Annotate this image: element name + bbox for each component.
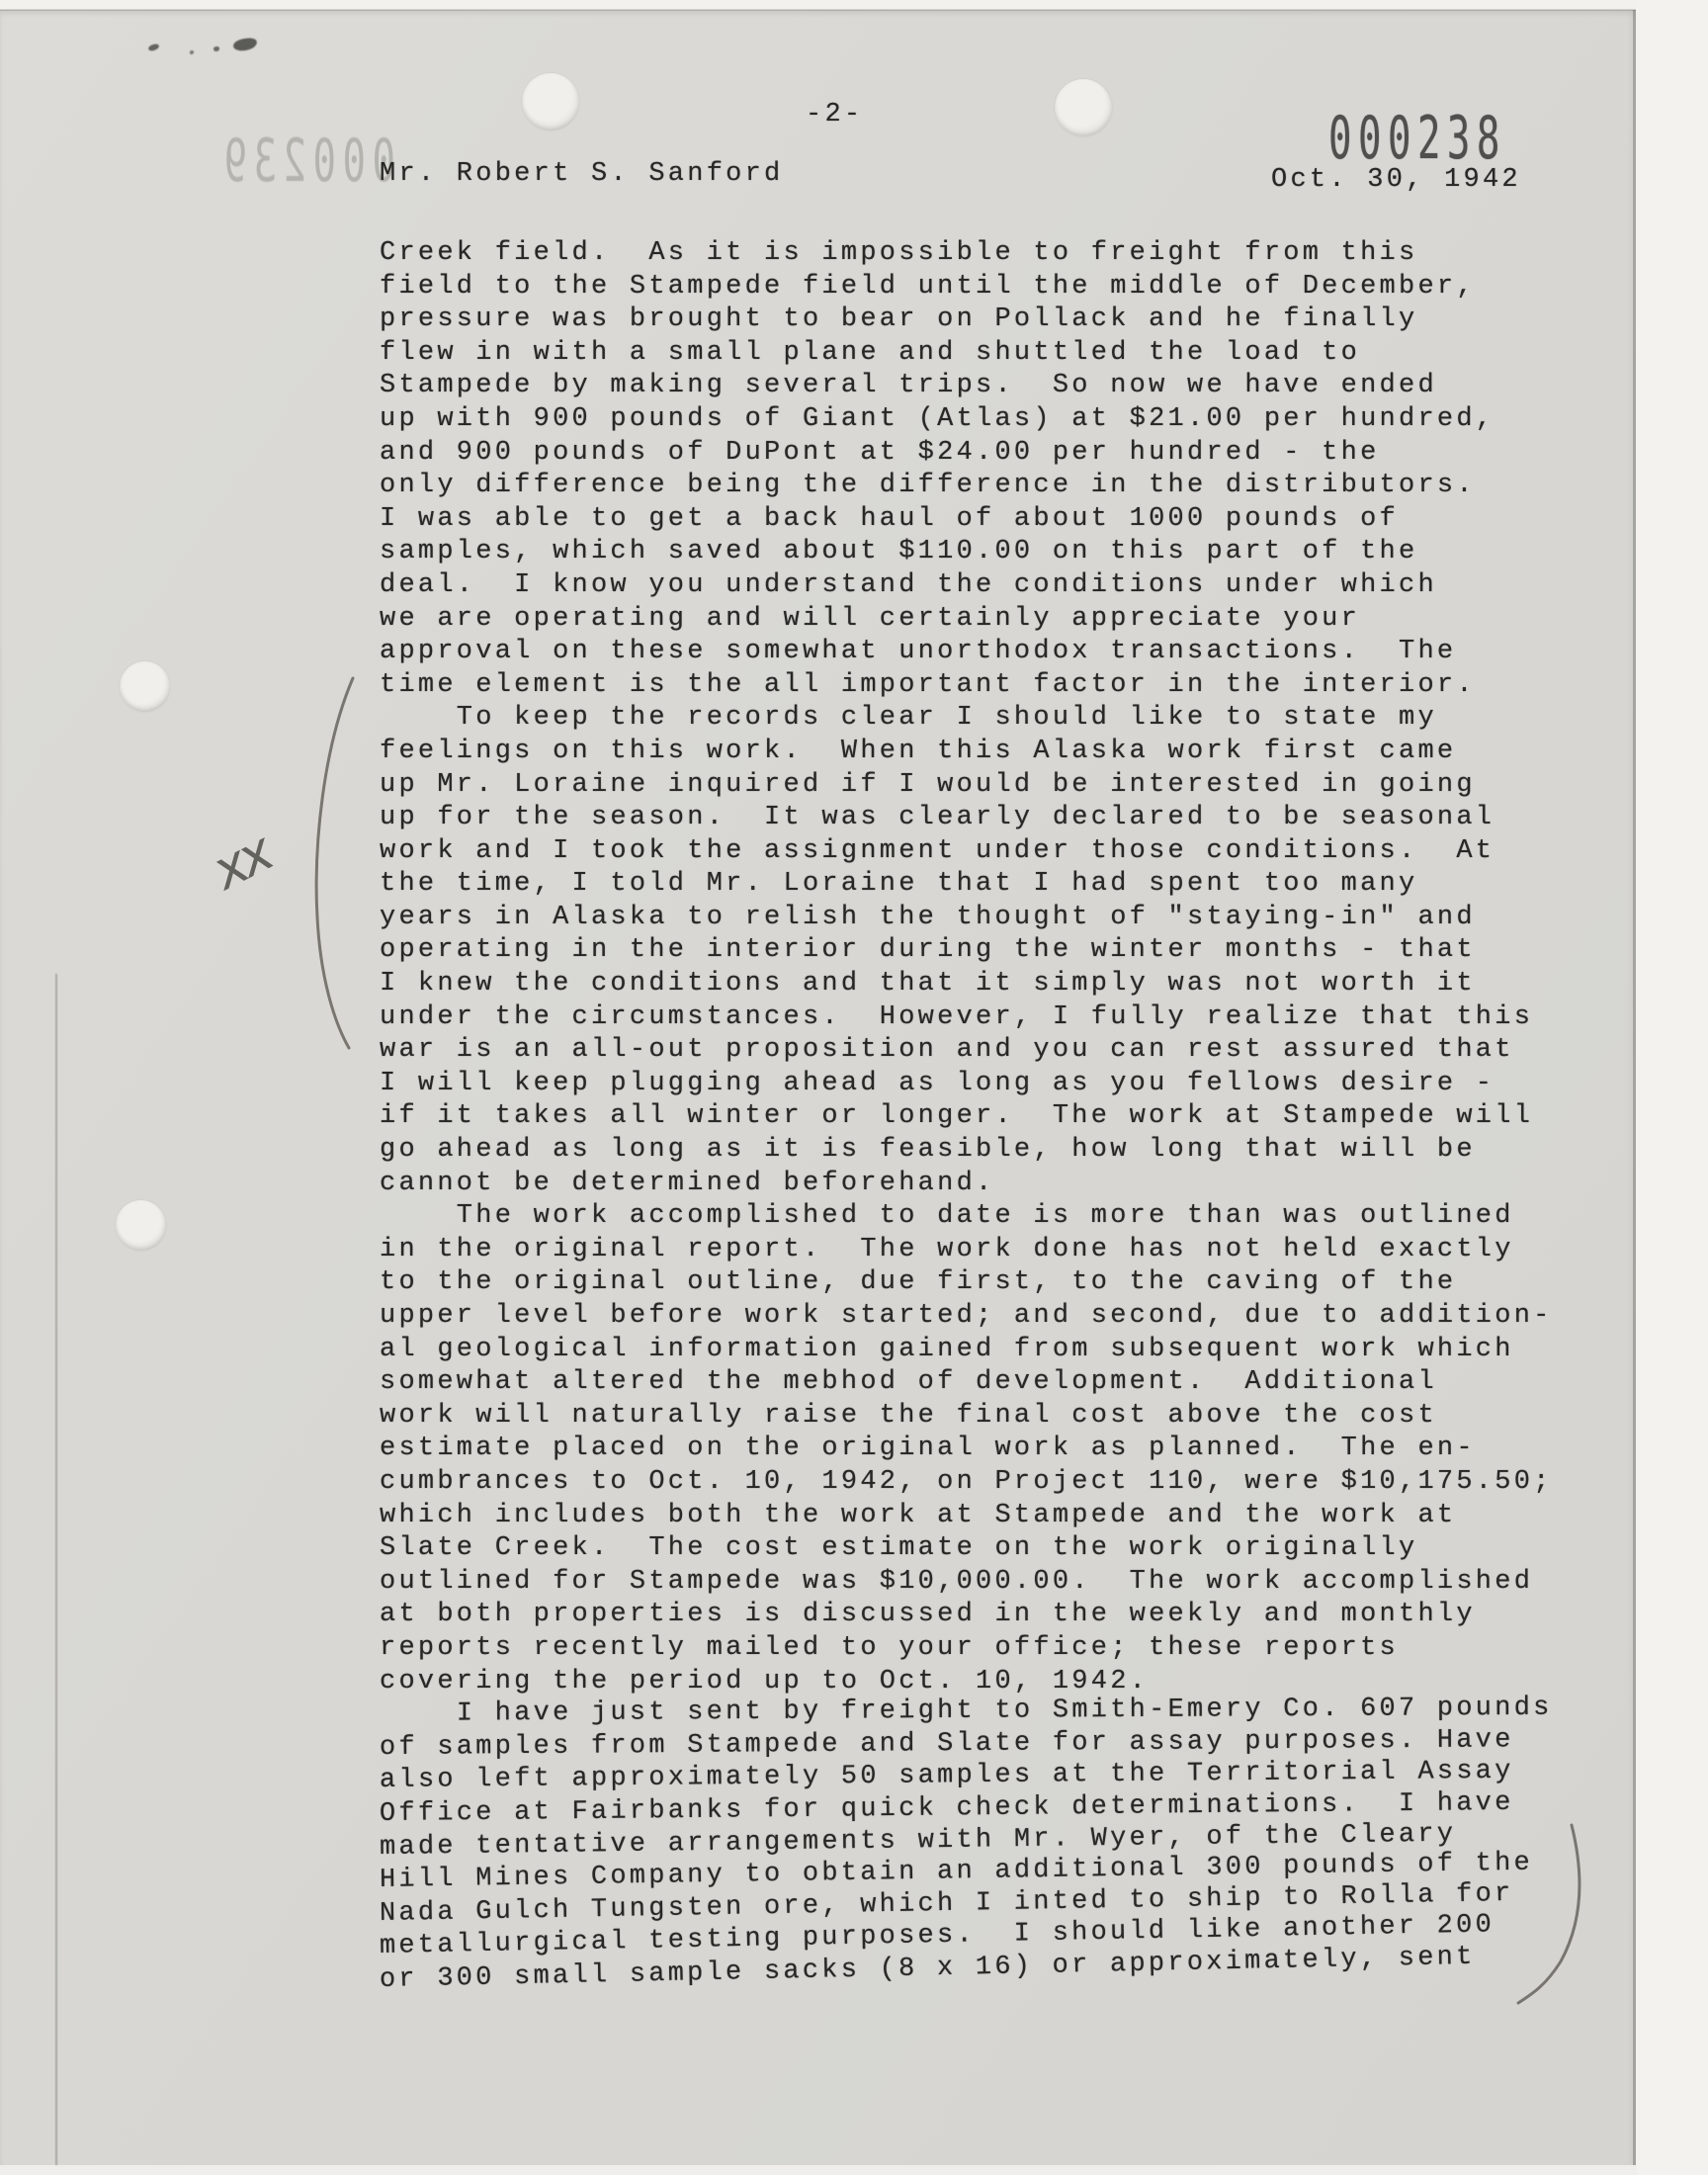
body-line: we are operating and will certainly appr… [380,603,1625,637]
body-line: and 900 pounds of DuPont at $24.00 per h… [380,437,1625,471]
body-line: deal. I know you understand the conditio… [380,569,1625,603]
body-line: years in Alaska to relish the thought of… [380,902,1625,935]
letter-date: Oct. 30, 1942 [1271,165,1521,195]
body-line: somewhat altered the mebhod of developme… [380,1366,1625,1400]
body-line: Creek field. As it is impossible to frei… [380,237,1625,271]
punch-hole-top-right [1055,79,1112,136]
body-line: upper level before work started; and sec… [380,1300,1625,1334]
body-line: I will keep plugging ahead as long as yo… [380,1068,1625,1101]
body-line: outlined for Stampede was $10,000.00. Th… [380,1566,1625,1600]
body-line: the time, I told Mr. Loraine that I had … [380,868,1625,902]
body-line: time element is the all important factor… [380,669,1625,703]
body-line: work and I took the assignment under tho… [380,835,1625,869]
body-line: operating in the interior during the win… [380,934,1625,968]
body-line: in the original report. The work done ha… [380,1234,1625,1267]
letter-body: Creek field. As it is impossible to frei… [380,237,1625,1997]
body-line: flew in with a small plane and shuttled … [380,337,1625,371]
scan-bottom-strip [0,2165,1637,2175]
paper-right-edge [1633,10,1636,2175]
recipient-name: Mr. Robert S. Sanford [380,159,784,189]
paper-top-edge [0,9,1637,11]
body-line: Slate Creek. The cost estimate on the wo… [380,1532,1625,1566]
body-line: only difference being the difference in … [380,470,1625,503]
scanned-letter-page: { "document": { "page_number": "-2-", "r… [0,0,1708,2175]
body-line: Stampede by making several trips. So now… [380,370,1625,403]
body-line: up for the season. It was clearly declar… [380,802,1625,835]
body-line: estimate placed on the original work as … [380,1433,1625,1466]
paper-edge-line [55,974,57,2165]
body-line: work will naturally raise the final cost… [380,1400,1625,1434]
body-line: al geological information gained from su… [380,1334,1625,1367]
body-line: if it takes all winter or longer. The wo… [380,1100,1625,1134]
body-line: field to the Stampede field until the mi… [380,271,1625,304]
punch-hole-left-upper [120,661,170,712]
body-line: To keep the records clear I should like … [380,702,1625,736]
body-line: under the circumstances. However, I full… [380,1001,1625,1035]
body-line: up with 900 pounds of Giant (Atlas) at $… [380,403,1625,437]
body-line: samples, which saved about $110.00 on th… [380,536,1625,569]
page-number: -2- [806,100,863,130]
body-line: war is an all-out proposition and you ca… [380,1034,1625,1068]
scan-background-margin [1636,0,1708,2175]
body-line: cumbrances to Oct. 10, 1942, on Project … [380,1466,1625,1500]
body-line: go ahead as long as it is feasible, how … [380,1134,1625,1168]
body-line: up Mr. Loraine inquired if I would be in… [380,769,1625,803]
body-line: approval on these somewhat unorthodox tr… [380,636,1625,669]
punch-hole-top-left [522,73,579,130]
body-line: which includes both the work at Stampede… [380,1500,1625,1533]
body-line: at both properties is discussed in the w… [380,1599,1625,1632]
body-line: cannot be determined beforehand. [380,1168,1625,1201]
body-line: to the original outline, due first, to t… [380,1266,1625,1300]
body-line: pressure was brought to bear on Pollack … [380,304,1625,337]
body-line: I knew the conditions and that it simply… [380,968,1625,1001]
document-stamp-number: 000238 [1328,109,1506,168]
body-line: The work accomplished to date is more th… [380,1200,1625,1234]
bleed-through-stamp-number: 000239 [217,131,395,191]
body-line: reports recently mailed to your office; … [380,1632,1625,1666]
body-line: I was able to get a back haul of about 1… [380,503,1625,537]
body-line: feelings on this work. When this Alaska … [380,736,1625,769]
punch-hole-left-lower [116,1200,166,1251]
